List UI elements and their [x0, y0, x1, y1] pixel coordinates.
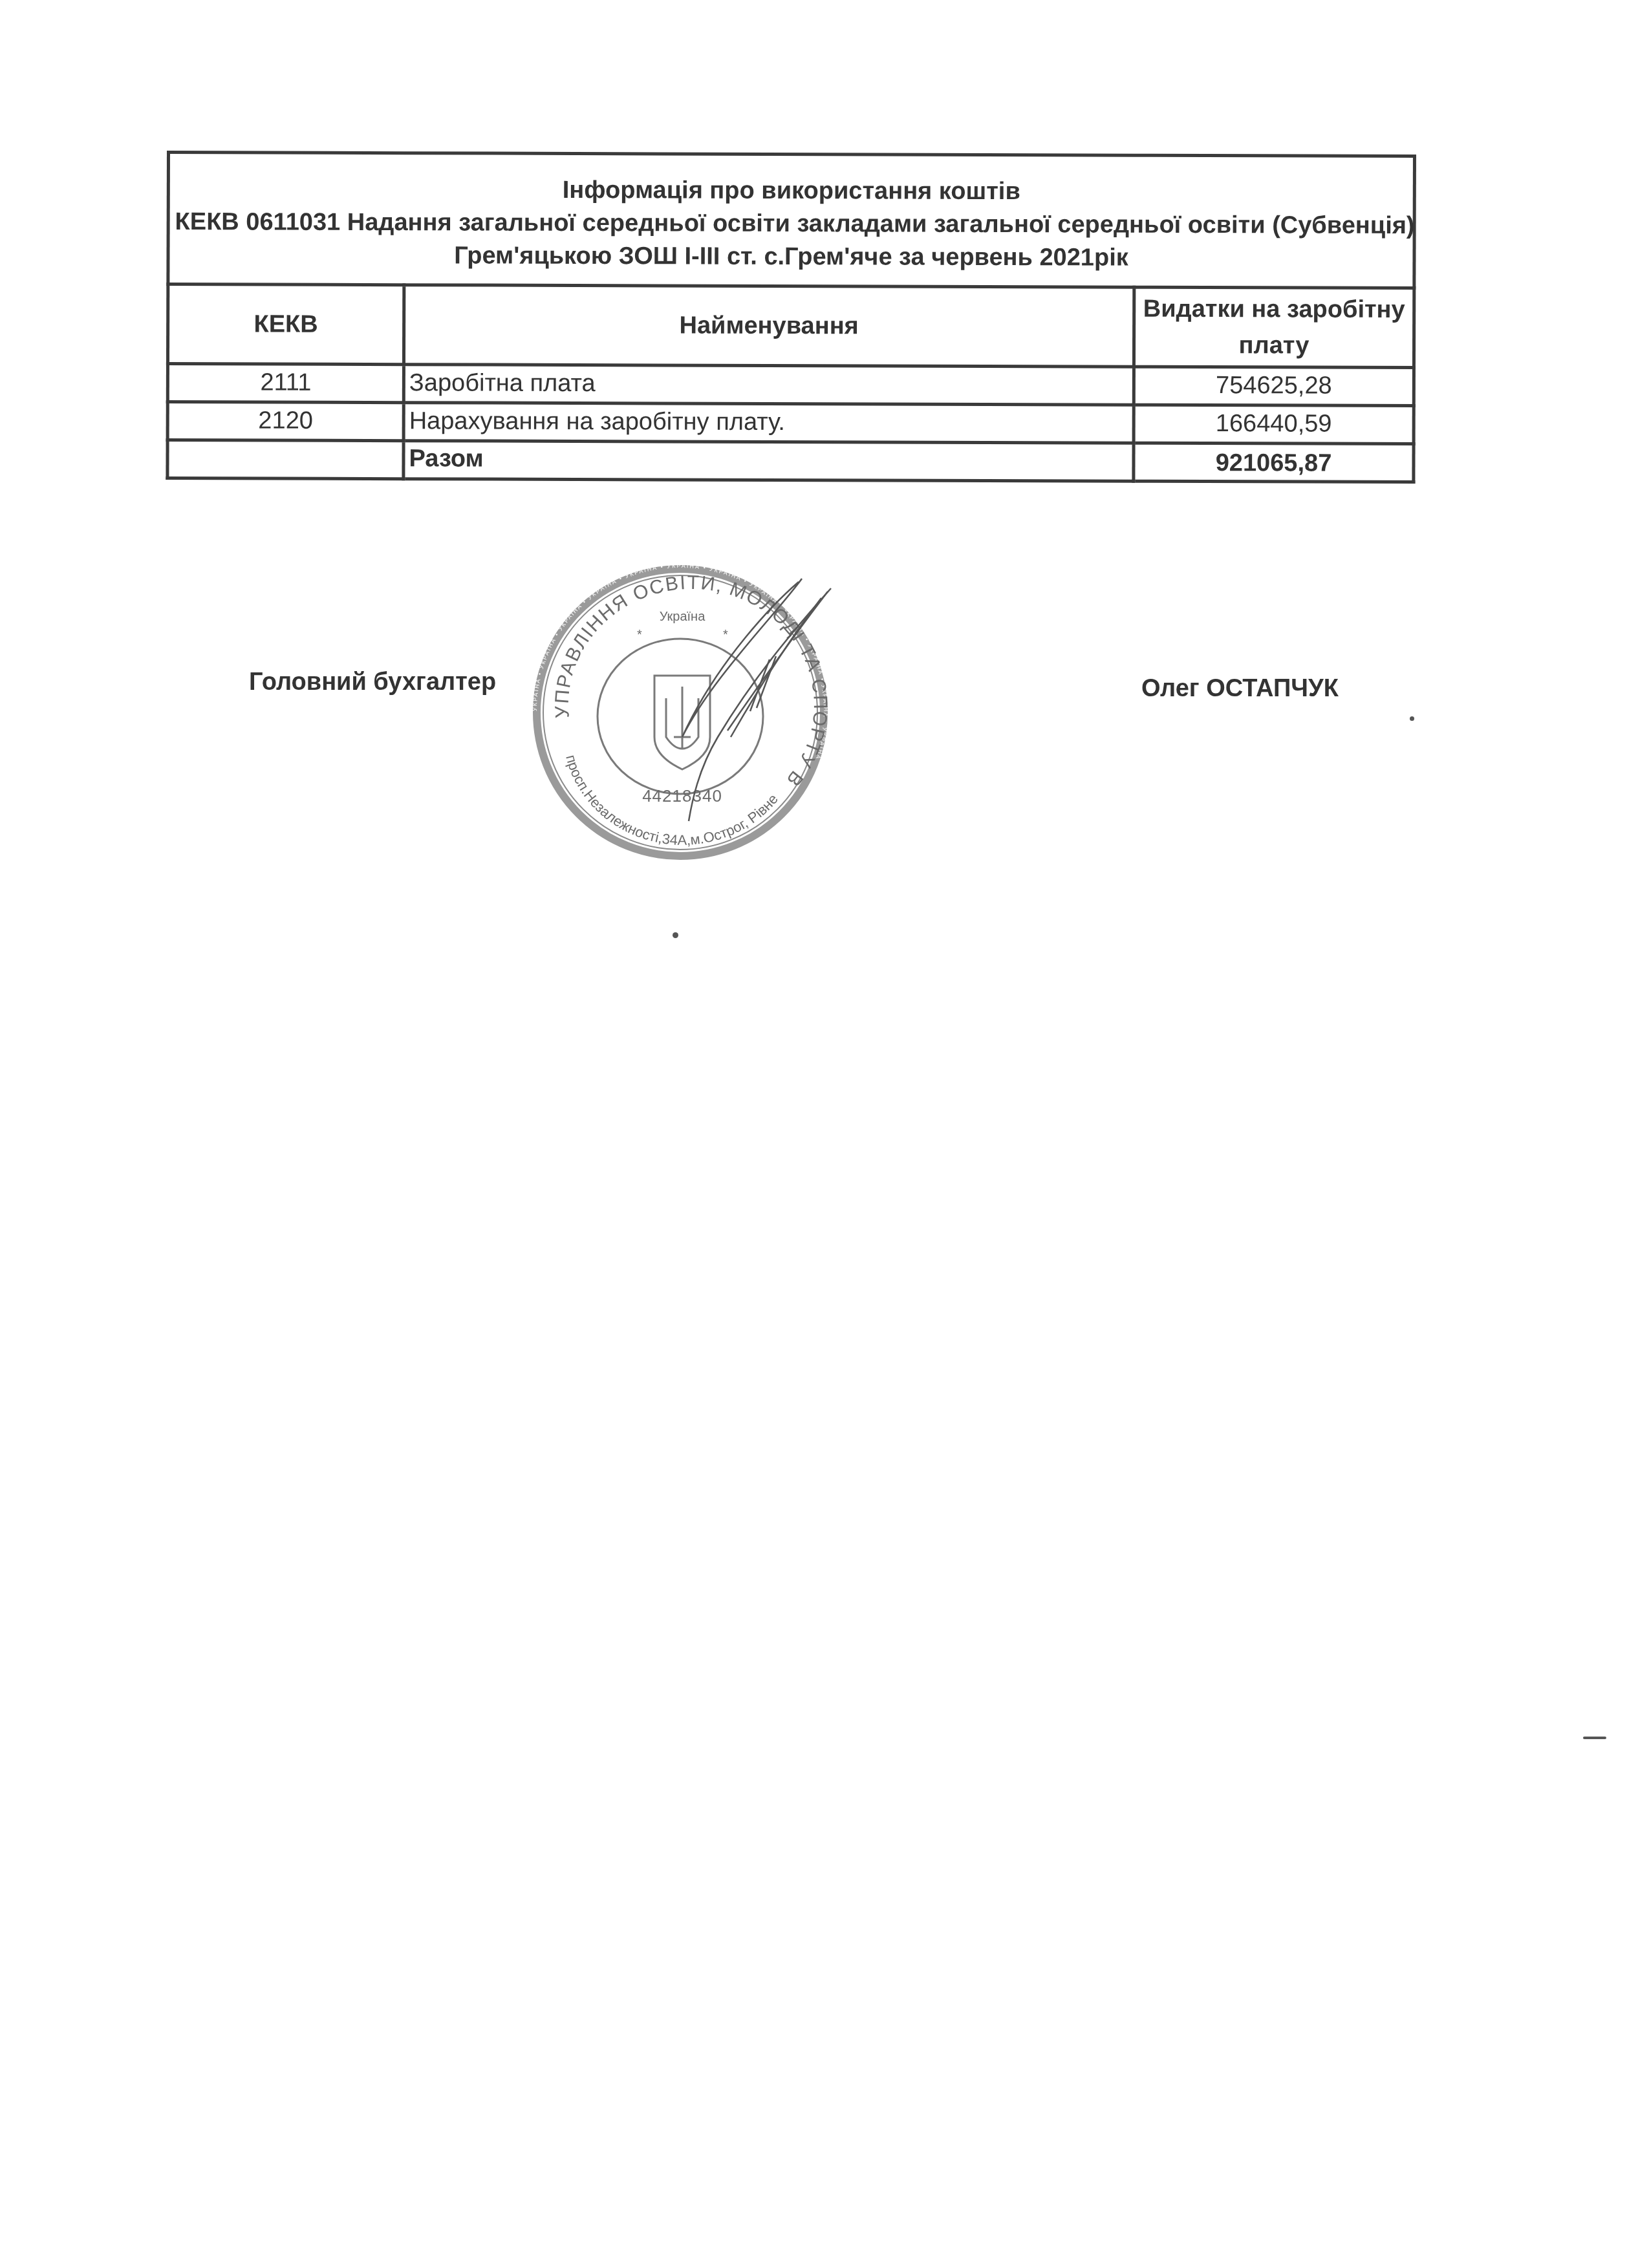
funds-usage-table: Інформація про використання коштів КЕКВ … [166, 151, 1416, 484]
header-row: КЕКВ Найменування Видатки на заробітну п… [167, 284, 1414, 368]
title-line-1: Інформація про використання коштів [175, 173, 1408, 209]
table-row: 2111 Заробітна плата 754625,28 [167, 364, 1414, 406]
trident-icon [654, 676, 710, 769]
signatory-name: Олег ОСТАПЧУК [1141, 675, 1339, 703]
scan-mark [1583, 1737, 1606, 1739]
table-row: 2120 Нарахування на заробітну плату. 166… [167, 402, 1414, 444]
stamp-star-right: * [723, 628, 728, 642]
cell-kekv: 2120 [167, 402, 404, 441]
cell-name: Заробітна плата [404, 365, 1134, 405]
title-row: Інформація про використання коштів КЕКВ … [168, 153, 1415, 288]
signatory-role: Головний бухгалтер [249, 669, 496, 696]
stamp-star-left: * [637, 628, 642, 642]
cell-amount: 754625,28 [1134, 367, 1414, 405]
stamp-outer-text-top: УПРАВЛІННЯ ОСВІТИ, МОЛОДІ ТА СПОРТУ ВИКО… [504, 543, 831, 791]
header-name: Найменування [404, 285, 1134, 367]
total-row: Разом 921065,87 [167, 440, 1414, 482]
cell-total-amount: 921065,87 [1134, 443, 1414, 482]
cell-total-label: Разом [404, 441, 1134, 482]
stamp-code: 44218340 [642, 786, 722, 806]
table-title: Інформація про використання коштів КЕКВ … [168, 153, 1415, 288]
header-kekv: КЕКВ [167, 284, 404, 365]
scan-speck [673, 932, 678, 938]
cell-amount: 166440,59 [1134, 405, 1414, 444]
header-amount: Видатки на заробітну плату [1134, 287, 1414, 367]
title-line-3: Грем'яцькою ЗОШ I-III ст. с.Грем'яче за … [175, 239, 1407, 275]
official-stamp: УКРАЇНА • УКРАЇНА • УКРАЇНА • УКРАЇНА • … [504, 543, 892, 879]
document-page: Інформація про використання коштів КЕКВ … [0, 0, 1649, 2268]
stamp-country: Україна [660, 610, 706, 624]
scan-speck [1410, 716, 1414, 721]
title-line-2: КЕКВ 0611031 Надання загальної середньої… [175, 206, 1408, 242]
cell-kekv: 2111 [167, 364, 404, 403]
cell-name: Нарахування на заробітну плату. [404, 403, 1134, 444]
cell-total-kekv [167, 440, 404, 479]
